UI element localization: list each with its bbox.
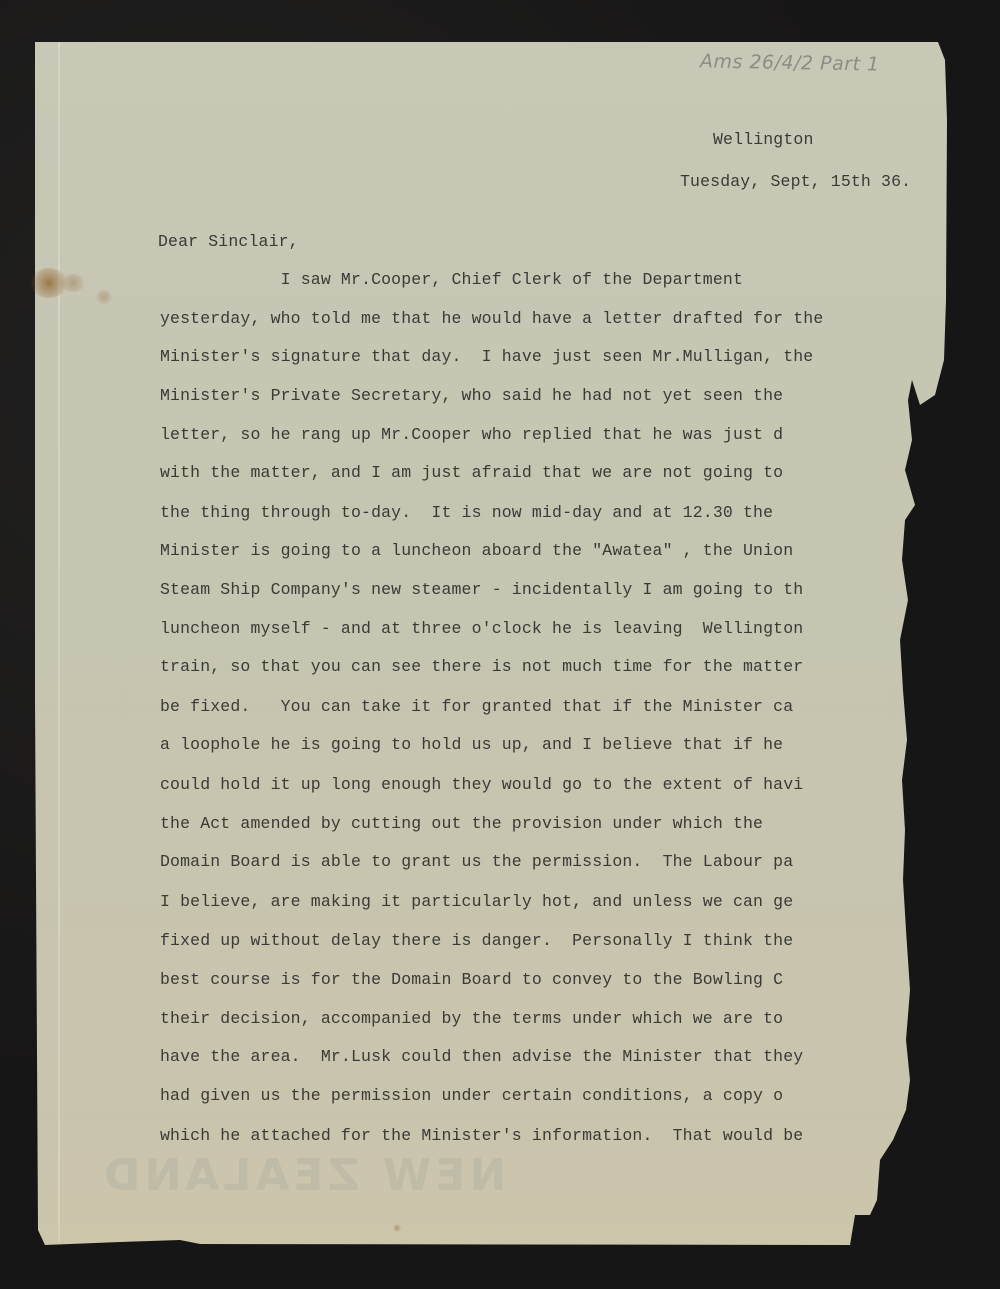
letter-body-line: Minister's Private Secretary, who said h… [160,386,783,405]
letter-salutation: Dear Sinclair, [158,232,299,251]
letter-body-line: a loophole he is going to hold us up, an… [160,735,783,754]
letter-body-line: Minister is going to a luncheon aboard t… [160,541,793,560]
letter-body-line: have the area. Mr.Lusk could then advise… [160,1047,803,1066]
archive-reference: Ams 26/4/2 Part 1 [700,50,880,75]
rust-stain [393,1224,401,1232]
letter-body-line: train, so that you can see there is not … [160,657,803,676]
letter-body-line: had given us the permission under certai… [160,1086,783,1105]
letter-body-line: I believe, are making it particularly ho… [160,892,793,911]
letter-body-line: their decision, accompanied by the terms… [160,1009,783,1028]
letter-place: Wellington [713,130,814,149]
watermark-show-through: NEW ZEALAND [100,1150,506,1201]
letter-body-line: Minister's signature that day. I have ju… [160,347,813,366]
letter-date: Tuesday, Sept, 15th 36. [680,172,911,191]
rust-stain [95,290,113,304]
letter-body-line: letter, so he rang up Mr.Cooper who repl… [160,425,783,444]
letter-body-line: with the matter, and I am just afraid th… [160,463,783,482]
letter-body-line: best course is for the Domain Board to c… [160,970,783,989]
letter-body-line: Domain Board is able to grant us the per… [160,852,793,871]
rust-stain [60,274,86,292]
letter-body-line: Steam Ship Company's new steamer - incid… [160,580,803,599]
letter-body-line: I saw Mr.Cooper, Chief Clerk of the Depa… [160,270,743,289]
paper-fold-line [58,42,60,1242]
letter-body-line: the thing through to-day. It is now mid-… [160,503,773,522]
letter-body-line: the Act amended by cutting out the provi… [160,814,763,833]
letter-body-line: yesterday, who told me that he would hav… [160,309,823,328]
letter-body-line: could hold it up long enough they would … [160,775,803,794]
letter-body-line: fixed up without delay there is danger. … [160,931,793,950]
letter-body-line: luncheon myself - and at three o'clock h… [160,619,803,638]
letter-body-line: which he attached for the Minister's inf… [160,1126,803,1145]
letter-body-line: be fixed. You can take it for granted th… [160,697,793,716]
